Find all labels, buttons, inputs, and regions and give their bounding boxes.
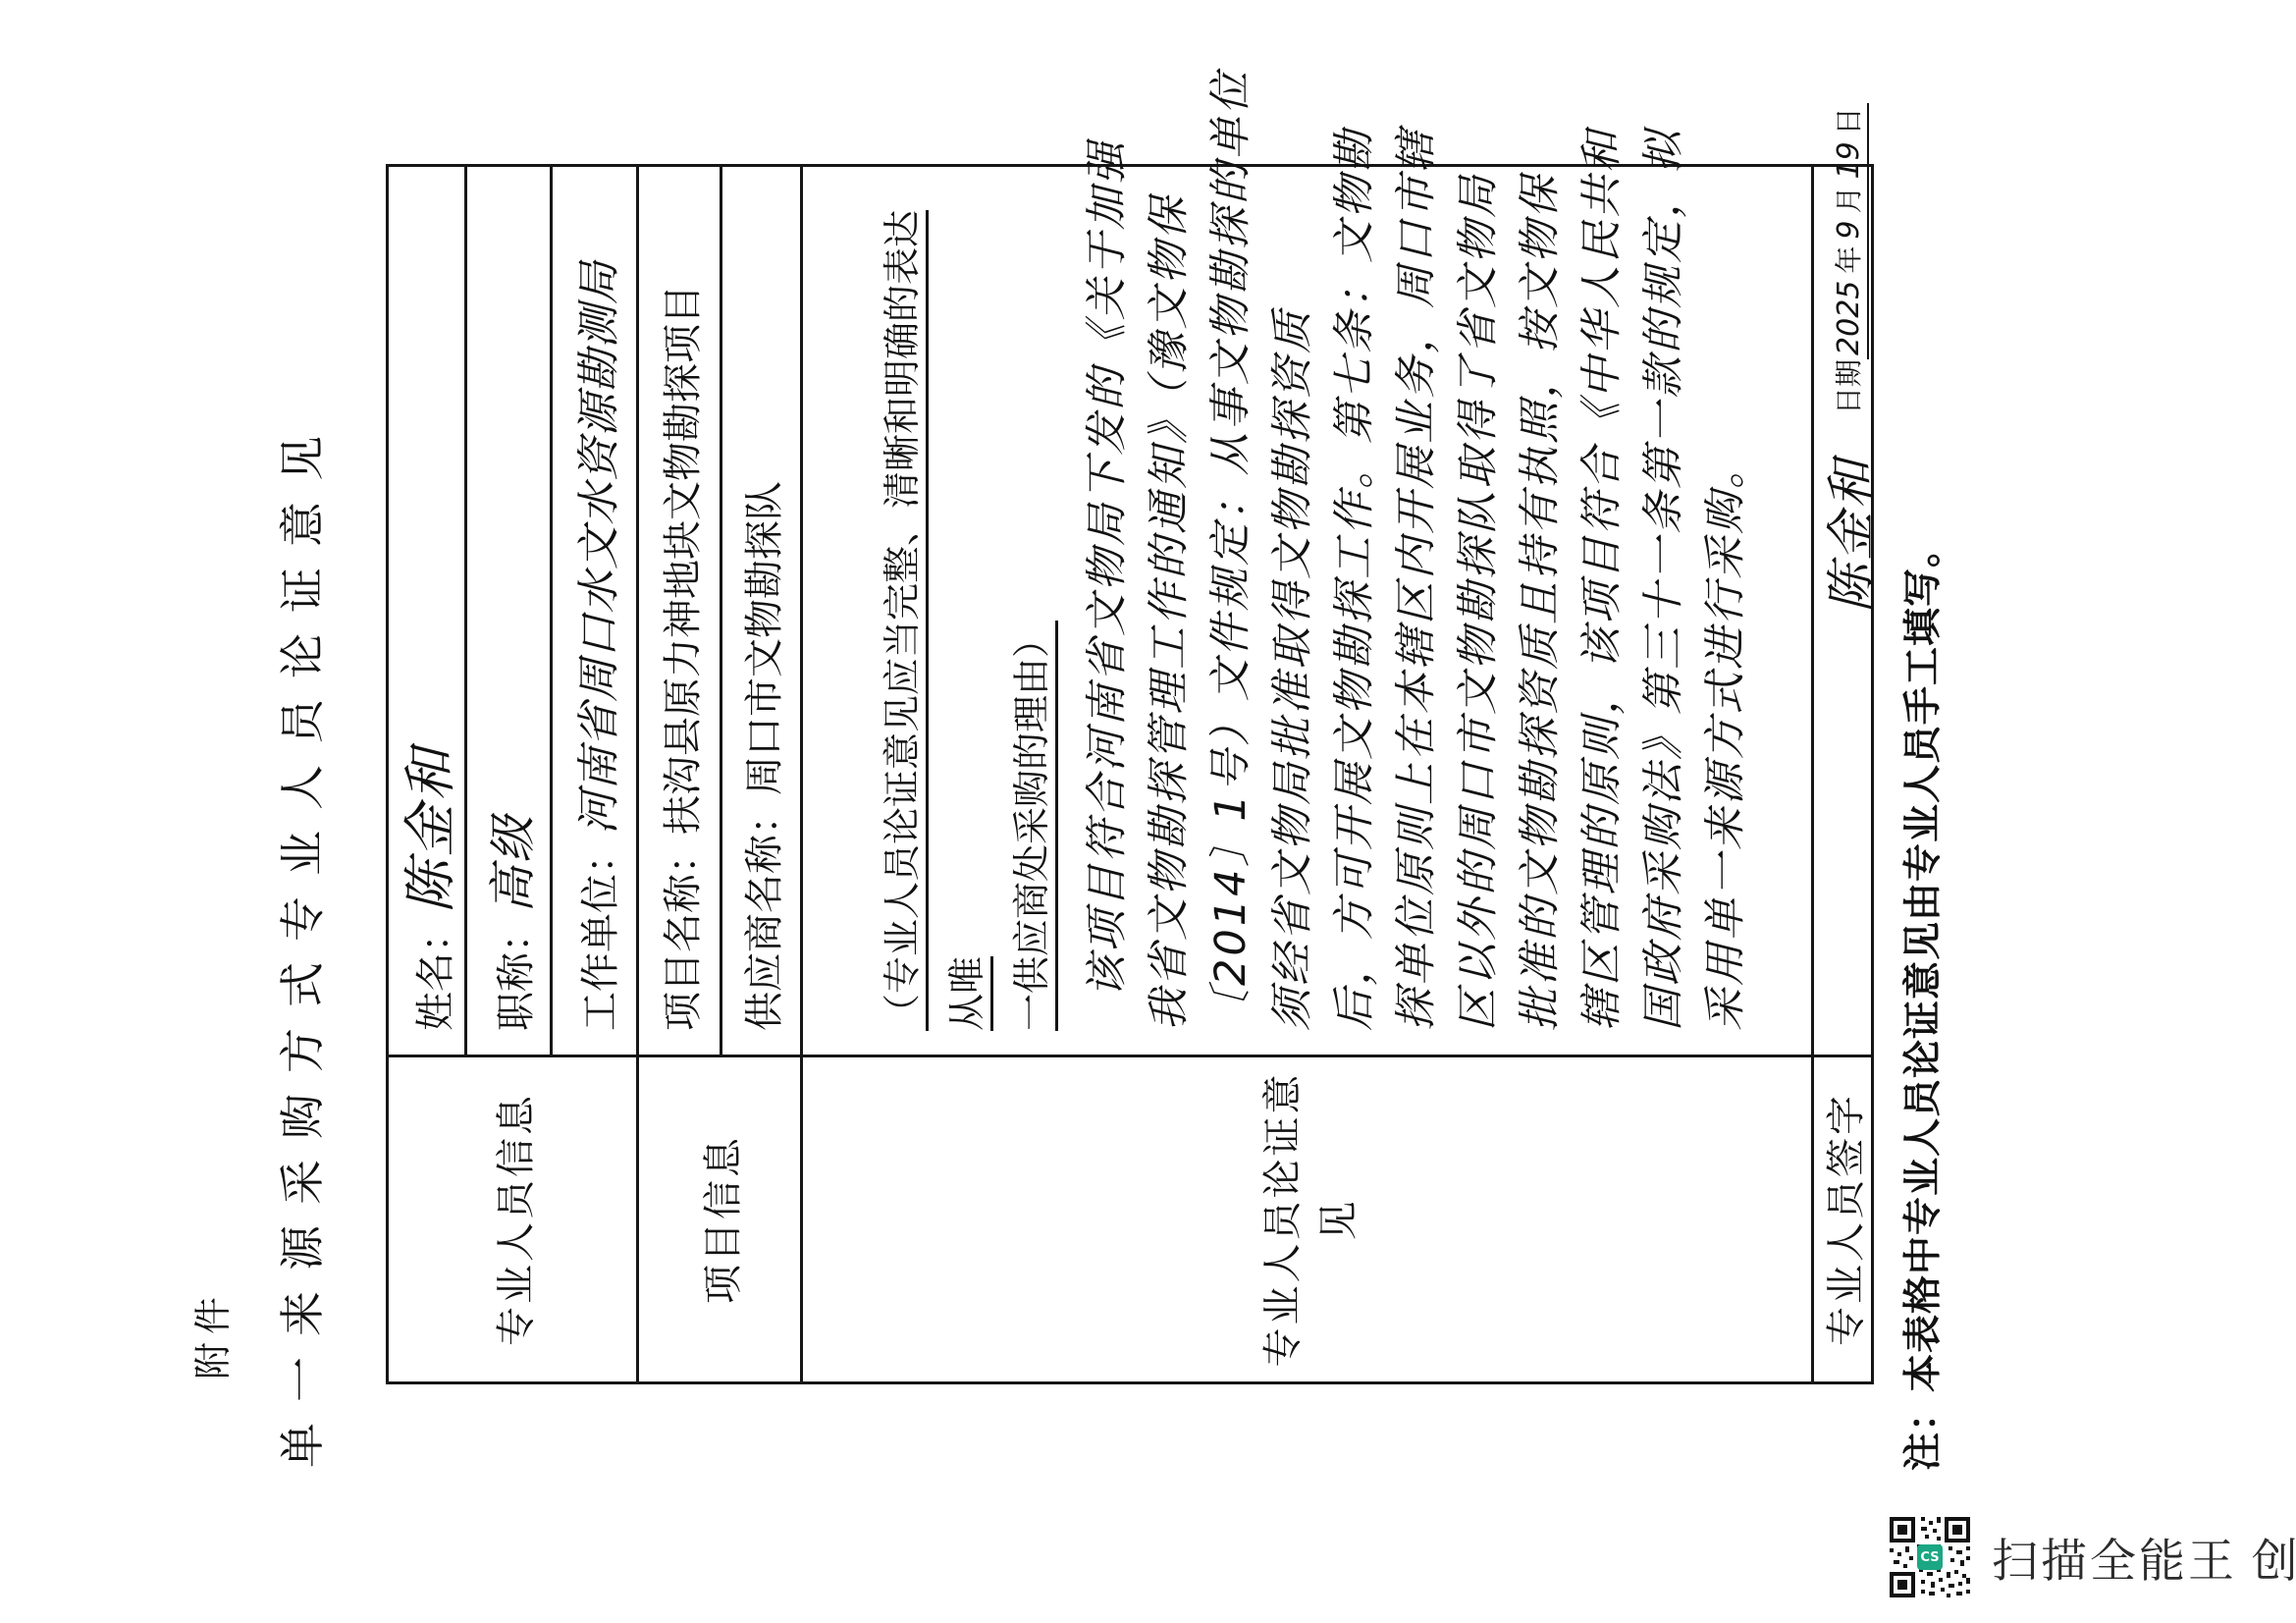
page-title: 单一来源采购方式专业人员论证意见 bbox=[267, 415, 332, 1468]
date-label: 日期 bbox=[1835, 359, 1865, 414]
work-unit-label: 工作单位： bbox=[578, 835, 622, 1031]
opinion-line: 须经省文物局批准取得文物勘探资质 bbox=[1262, 190, 1324, 1031]
name-value-handwritten: 陈金和 bbox=[400, 745, 461, 913]
table-row: 专业人员论证意见 （专业人员论证意见应当完整、清晰和明确的表达从唯 一供应商处采… bbox=[802, 166, 1813, 1383]
rank-cell: 职称：高级 bbox=[466, 166, 552, 1056]
section-label-signature: 专业人员签字 bbox=[1813, 1056, 1873, 1383]
project-name-value: 扶沟县原力神地块文物勘探项目 bbox=[661, 285, 705, 835]
project-name-cell: 项目名称：扶沟县原力神地块文物勘探项目 bbox=[638, 166, 721, 1056]
rank-label: 职称： bbox=[494, 913, 538, 1031]
date-year-handwritten: 2025 bbox=[1832, 281, 1866, 355]
opinion-line: 探单位原则上在本辖区内开展业务，周口市辖 bbox=[1386, 190, 1448, 1031]
rank-value-handwritten: 高级 bbox=[486, 813, 541, 913]
project-name-label: 项目名称： bbox=[661, 835, 705, 1031]
opinion-header: （专业人员论证意见应当完整、清晰和明确的表达从唯 一供应商处采购的理由） bbox=[871, 190, 1065, 1031]
opinion-line: 国政府采购法》第三十一条第一款的规定，拟 bbox=[1633, 190, 1695, 1031]
signature-handwritten: 陈金和 bbox=[1812, 457, 1883, 613]
opinion-cell: （专业人员论证意见应当完整、清晰和明确的表达从唯 一供应商处采购的理由） 该项目… bbox=[802, 166, 1813, 1056]
table-row: 项目信息 项目名称：扶沟县原力神地块文物勘探项目 bbox=[638, 166, 721, 1383]
opinion-header-line1: （专业人员论证意见应当完整、清晰和明确的表达从唯 bbox=[882, 210, 993, 1031]
supplier-name-cell: 供应商名称：周口市文物勘探队 bbox=[721, 166, 802, 1056]
watermark-text: 扫描全能王 创建 bbox=[1992, 1525, 2296, 1591]
camscanner-watermark: CS 扫描全能王 创建 bbox=[1890, 1516, 2296, 1598]
attachment-label: 附件 bbox=[183, 1289, 237, 1380]
date-month-handwritten: 9 bbox=[1832, 221, 1866, 240]
opinion-line: 〔2014〕1号）文件规定：从事文物勘探的单位 bbox=[1201, 190, 1262, 1031]
footnote: 注：本表格中专业人员论证意见由专业人员手工填写。 bbox=[1893, 528, 1948, 1471]
opinion-line: 区以外的周口市文物勘探队取得了省文物局 bbox=[1448, 190, 1510, 1031]
opinion-handwritten-text: 该项目符合河南省文物局下发的《关于加强 我省文物勘探管理工作的通知》（豫文物保 … bbox=[1077, 190, 1757, 1031]
signature-date: 日期2025 年 9 月 19 日 bbox=[1828, 103, 1867, 414]
work-unit-value-handwritten: 河南省周口水文水资源勘测局 bbox=[574, 260, 624, 835]
signature-cell: 陈金和 日期2025 年 9 月 19 日 bbox=[1813, 166, 1873, 1056]
date-day-handwritten: 19 bbox=[1832, 141, 1866, 179]
table-row: 专业人员签字 陈金和 日期2025 年 9 月 19 日 bbox=[1813, 166, 1873, 1383]
supplier-name-label: 供应商名称： bbox=[742, 795, 786, 1031]
date-value: 2025 年 9 月 19 日 bbox=[1835, 103, 1869, 359]
opinion-line: 后，方可开展文物勘探工作。第七条：文物勘 bbox=[1324, 190, 1386, 1031]
supplier-name-value: 周口市文物勘探队 bbox=[742, 481, 786, 795]
name-cell: 姓名：陈金和 bbox=[388, 166, 466, 1056]
camscanner-logo-icon: CS bbox=[1917, 1544, 1943, 1570]
work-unit-cell: 工作单位：河南省周口水文水资源勘测局 bbox=[552, 166, 638, 1056]
date-day-unit: 日 bbox=[1835, 107, 1865, 135]
name-label: 姓名： bbox=[413, 913, 457, 1031]
date-month-unit: 月 bbox=[1835, 187, 1865, 214]
opinion-line: 辖区管理的原则，该项目符合《中华人民共和 bbox=[1572, 190, 1633, 1031]
opinion-line: 采用单一来源方式进行采购。 bbox=[1695, 190, 1757, 1031]
section-label-project: 项目信息 bbox=[638, 1056, 802, 1383]
date-year-unit: 年 bbox=[1835, 246, 1865, 274]
opinion-line: 批准的文物勘探资质且持有执照，按文物保 bbox=[1510, 190, 1572, 1031]
scanned-page: 附件 单一来源采购方式专业人员论证意见 专业人员信息 姓名：陈金和 职称：高级 … bbox=[0, 0, 2296, 1623]
document-portrait-content: 附件 单一来源采购方式专业人员论证意见 专业人员信息 姓名：陈金和 职称：高级 … bbox=[0, 0, 2296, 1623]
section-label-opinion: 专业人员论证意见 bbox=[802, 1056, 1813, 1383]
table-row: 专业人员信息 姓名：陈金和 bbox=[388, 166, 466, 1383]
section-label-personnel: 专业人员信息 bbox=[388, 1056, 638, 1383]
opinion-header-line2: 一供应商处采购的理由） bbox=[1012, 621, 1058, 1031]
opinion-line: 该项目符合河南省文物局下发的《关于加强 bbox=[1077, 190, 1139, 1031]
qr-code-icon: CS bbox=[1890, 1517, 1970, 1597]
opinion-form-table: 专业人员信息 姓名：陈金和 职称：高级 工作单位：河南省周口水文水资源勘测局 项… bbox=[386, 164, 1874, 1384]
opinion-line: 我省文物勘探管理工作的通知》（豫文物保 bbox=[1139, 190, 1201, 1031]
